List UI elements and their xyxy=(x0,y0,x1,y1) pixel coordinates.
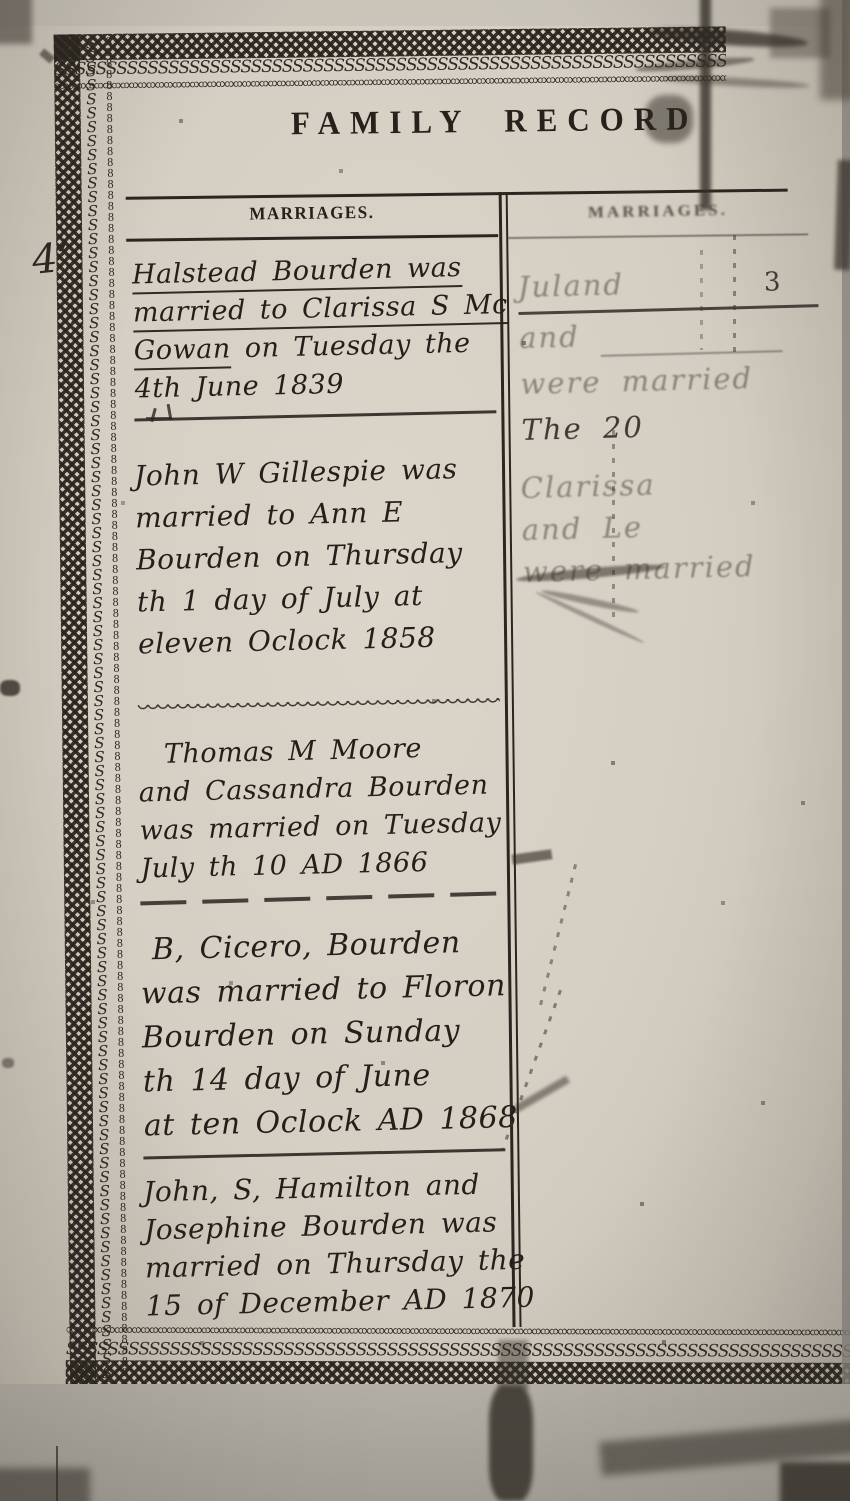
handwritten-text xyxy=(599,314,782,357)
handwritten-text: was married on Tuesday xyxy=(139,807,501,846)
edge-mark xyxy=(56,1446,58,1501)
handwritten-line: were married xyxy=(520,353,821,407)
handwritten-text: Gowan xyxy=(133,333,231,370)
handwritten-line: were married xyxy=(522,543,823,593)
edge-mark xyxy=(0,680,20,696)
corner-shadow xyxy=(599,1418,850,1476)
scanned-family-record-page: 4’ SSSSSSSSSSSSSSSSSSSSSSSSSSSSSSSSSSSSS… xyxy=(0,0,850,1501)
corner-shadow xyxy=(0,1468,90,1501)
edge-mark xyxy=(2,1058,14,1068)
marriage-entry: John, S, Hamilton andJosephine Bourden w… xyxy=(143,1165,508,1325)
marriage-entry: Halstead Bourden wasmarried to Clarissa … xyxy=(132,248,497,408)
page-title: FAMILY RECORD xyxy=(260,99,730,143)
ornamental-frame: SSSSSSSSSSSSSSSSSSSSSSSSSSSSSSSSSSSSSSSS… xyxy=(54,26,813,1399)
right-header-underline xyxy=(508,233,808,239)
handwritten-text: eleven Oclock 1858 xyxy=(138,621,436,661)
marriage-entry: Juland3and were marriedThe 20 xyxy=(517,256,822,453)
handwritten-text: and Le xyxy=(521,510,643,547)
ink-blot xyxy=(489,1386,533,1501)
handwritten-line: The 20 xyxy=(521,399,822,453)
edge-stain xyxy=(820,0,850,100)
edge-mark xyxy=(39,48,55,63)
scroll-pattern: SSSSSSSSSSSSSSSSSSSSSSSSSSSSSSSSSSSSSSSS… xyxy=(66,1340,850,1363)
handwritten-text: and xyxy=(519,319,601,355)
handwritten-text: married on Thursday the xyxy=(145,1243,526,1285)
marriages-right-column: Juland3and were marriedThe 20Clarissaand… xyxy=(518,250,822,591)
handwritten-text: 3 xyxy=(764,267,783,297)
handwritten-text: on Tuesday the xyxy=(230,328,471,364)
marriage-entry: John W Gillespie wasmarried to Ann EBour… xyxy=(134,447,501,665)
top-edge-band xyxy=(0,0,850,26)
ornament-border-top: SSSSSSSSSSSSSSSSSSSSSSSSSSSSSSSSSSSSSSSS… xyxy=(54,26,727,96)
handwritten-text: th 1 day of July at xyxy=(137,579,423,618)
marriage-entry: Clarissaand Lewere married xyxy=(520,459,823,593)
edge-stain xyxy=(834,160,850,270)
handwritten-text: were married xyxy=(522,549,756,589)
handwritten-text: at ten Oclock AD 1868 xyxy=(144,1100,519,1143)
marriages-left-column: Halstead Bourden wasmarried to Clarissa … xyxy=(132,244,507,1323)
handwritten-text: July th 10 AD 1866 xyxy=(140,847,429,885)
handwritten-text: th 14 day of June xyxy=(143,1058,432,1100)
handwritten-text: was married to Floron xyxy=(141,968,507,1011)
right-column-header: MARRIAGES. xyxy=(508,199,808,223)
handwritten-text: Clarissa xyxy=(520,467,656,505)
ornament-border-bottom: ∞∞∞∞∞∞∞∞∞∞∞∞∞∞∞∞∞∞∞∞∞∞∞∞∞∞∞∞∞∞∞∞∞∞∞∞∞∞∞∞… xyxy=(66,1324,850,1389)
handwritten-line: Bourden on Thursday xyxy=(136,531,499,581)
right-edge-band xyxy=(842,0,850,1501)
corner-stain xyxy=(0,0,32,44)
handwritten-text: and Cassandra Bourden xyxy=(138,770,488,809)
handwritten-line: Juland3 xyxy=(517,256,818,315)
margin-note: 4’ xyxy=(30,234,73,284)
marriage-entry: B, Cicero, Bourdenwas married to FloronB… xyxy=(139,920,506,1148)
handwritten-text: John, S, Hamilton and xyxy=(143,1168,480,1209)
handwritten-text: The 20 xyxy=(521,410,644,447)
entry-separator xyxy=(143,1148,505,1159)
entry-separator xyxy=(138,698,500,712)
handwritten-text: Bourden on Thursday xyxy=(136,536,463,576)
handwritten-text: Thomas M Moore xyxy=(164,733,423,770)
bottom-gray-band xyxy=(0,1384,850,1501)
handwritten-line: at ten Oclock AD 1868 xyxy=(143,1096,506,1148)
table-top-rule xyxy=(126,189,788,200)
handwritten-line: 15 of December AD 1870 xyxy=(145,1279,508,1325)
handwritten-line: Bourden on Sunday xyxy=(141,1008,504,1060)
paper-speckles xyxy=(0,0,2,2)
entry-separator xyxy=(140,891,502,905)
left-column-header: MARRIAGES. xyxy=(126,201,498,227)
handwritten-line: eleven Oclock 1858 xyxy=(138,615,501,665)
handwritten-text: Bourden on Sunday xyxy=(142,1013,461,1055)
corner-shadow xyxy=(780,1462,850,1501)
handwritten-text: Josephine Bourden was xyxy=(144,1205,498,1246)
handwritten-line: July th 10 AD 1866 xyxy=(140,842,503,888)
handwritten-line: and xyxy=(519,307,820,361)
entry-separator xyxy=(134,410,496,421)
handwritten-text: 15 of December AD 1870 xyxy=(145,1281,535,1323)
handwritten-text: B, Cicero, Bourden xyxy=(152,925,461,967)
left-header-underline xyxy=(126,234,498,242)
handwritten-text: John W Gillespie was xyxy=(134,452,458,492)
marriage-entry: Thomas M Mooreand Cassandra Bourdenwas m… xyxy=(137,728,502,888)
handwritten-line: 4th June 1839 xyxy=(134,362,497,408)
handwritten-text: Juland xyxy=(517,267,624,304)
checker-pattern xyxy=(66,1360,850,1389)
handwritten-text: were married xyxy=(520,361,754,401)
handwritten-text: married to Ann E xyxy=(135,495,404,534)
handwritten-line: John W Gillespie was xyxy=(134,447,497,497)
handwritten-text: 4th June 1839 xyxy=(134,369,344,405)
